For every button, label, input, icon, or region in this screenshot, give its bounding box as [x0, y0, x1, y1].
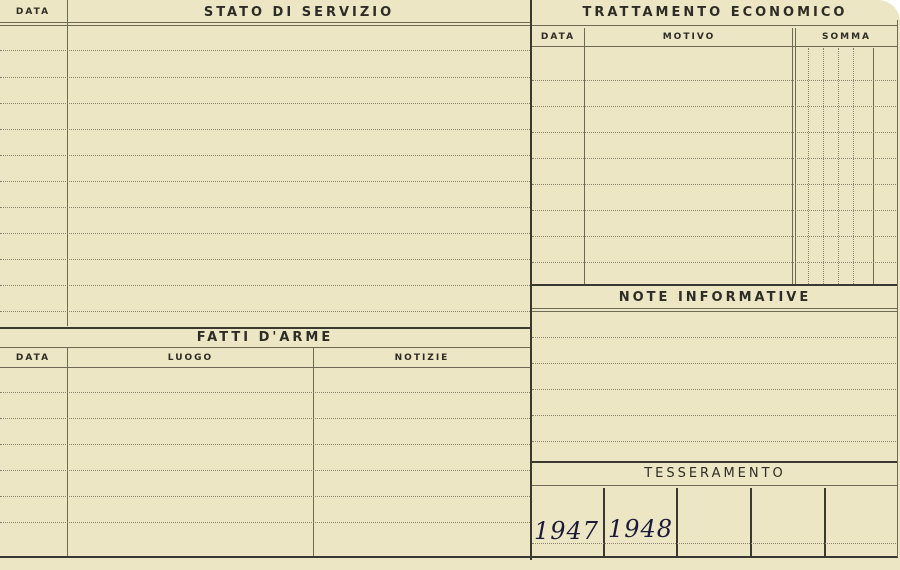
trattamento-title-rule [532, 25, 898, 26]
tesseramento-title-rule [532, 485, 898, 486]
service-record-card: DATA STATO DI SERVIZIO FATTI D'ARME DATA… [0, 0, 900, 570]
trattamento-col-motivo: MOTIVO [585, 32, 793, 42]
fatti-data-divider [67, 348, 68, 556]
fatti-title-rule [0, 347, 530, 348]
fatti-luogo-divider [313, 348, 314, 556]
note-title-rule [532, 308, 898, 309]
note-title-rule-2 [532, 311, 898, 312]
trattamento-somma-divider [795, 28, 796, 284]
note-top-rule [532, 284, 898, 286]
fatti-col-notizie: NOTIZIE [314, 353, 530, 363]
trattamento-col-somma: SOMMA [795, 32, 898, 42]
stato-header-rule [0, 22, 530, 23]
bottom-rule [0, 556, 898, 558]
trattamento-data-divider [584, 28, 585, 284]
somma-right-line [873, 48, 874, 284]
trattamento-motivo-divider [792, 28, 793, 284]
stato-data-header: DATA [0, 7, 66, 17]
fatti-arme-title: FATTI D'ARME [0, 330, 530, 345]
fatti-col-rule [0, 367, 530, 368]
fatti-col-data: DATA [0, 353, 66, 363]
right-edge-line [897, 20, 898, 557]
trattamento-col-rule [532, 46, 898, 47]
note-informative-title: NOTE INFORMATIVE [532, 290, 898, 305]
tesseramento-divider-1 [603, 488, 605, 556]
tesseramento-title: TESSERAMENTO [532, 466, 898, 481]
tesseramento-divider-3 [750, 488, 752, 556]
fatti-top-rule [0, 327, 530, 329]
tesseramento-divider-2 [676, 488, 678, 556]
tesseramento-top-rule [532, 461, 898, 463]
tesseramento-year-1: 1947 [534, 517, 599, 545]
stato-servizio-title: STATO DI SERVIZIO [68, 5, 530, 20]
tesseramento-divider-4 [824, 488, 826, 556]
trattamento-col-data: DATA [533, 32, 583, 42]
stato-date-divider [67, 0, 68, 326]
stato-header-rule-2 [0, 25, 530, 26]
fatti-col-luogo: LUOGO [68, 353, 313, 363]
tesseramento-year-2: 1948 [608, 515, 673, 543]
trattamento-title: TRATTAMENTO ECONOMICO [532, 5, 898, 20]
